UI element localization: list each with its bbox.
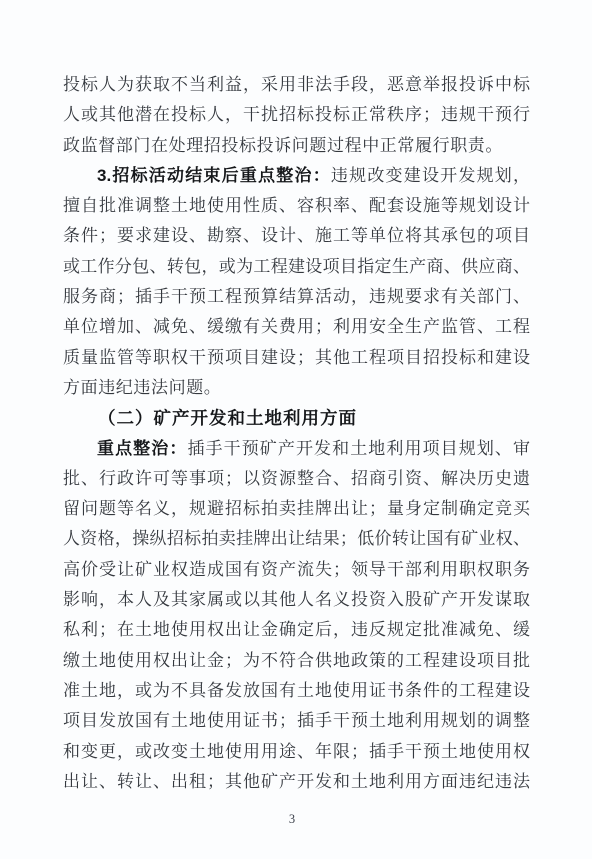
line-text: 条件；要求建设、勘察、设计、施工等单位将其承包的项目 [63, 226, 530, 245]
text-line: 高价受让矿业权造成国有资产流失；领导干部利用职权职务 [63, 555, 530, 585]
text-line: 政监督部门在处理招投标投诉问题过程中正常履行职责。 [63, 131, 530, 161]
line-text: 政监督部门在处理招投标投诉问题过程中正常履行职责。 [63, 136, 503, 155]
text-line: 和变更，或改变土地使用用途、年限；插手干预土地使用权 [63, 737, 530, 767]
text-line: 方面违纪违法问题。 [63, 373, 530, 403]
text-line: 服务商；插手干预工程预算结算活动，违规要求有关部门、 [63, 282, 530, 312]
line-text: 单位增加、减免、缓缴有关费用；利用安全生产监管、工程 [63, 317, 530, 336]
line-text: 批、行政许可等事项；以资源整合、招商引资、解决历史遗 [63, 469, 530, 488]
text-line: 擅自批准调整土地使用性质、容积率、配套设施等规划设计 [63, 191, 530, 221]
line-text: 缴土地使用权出让金；为不符合供地政策的工程建设项目批 [63, 651, 530, 670]
text-line: 留问题等名义，规避招标拍卖挂牌出让；量身定制确定竞买 [63, 494, 530, 524]
page-number: 3 [0, 812, 584, 827]
section-heading-text: （二）矿产开发和土地利用方面 [98, 408, 357, 428]
text-line: 人或其他潜在投标人，干扰招标投标正常秩序；违规干预行 [63, 100, 530, 130]
text-line: 条件；要求建设、勘察、设计、施工等单位将其承包的项目 [63, 221, 530, 251]
text-line: 项目发放国有土地使用证书；插手干预土地利用规划的调整 [63, 706, 530, 736]
line-text: 人资格，操纵招标拍卖挂牌出让结果；低价转让国有矿业权、 [63, 529, 530, 548]
text-line: 私利；在土地使用权出让金确定后，违反规定批准减免、缓 [63, 615, 530, 645]
line-text: 插手干预矿产开发和土地利用项目规划、审 [187, 439, 530, 458]
text-line: 质量监管等职权干预项目建设；其他工程项目招投标和建设 [63, 343, 530, 373]
text-line: 影响，本人及其家属或以其他人名义投资入股矿产开发谋取 [63, 585, 530, 615]
line-text: 人或其他潜在投标人，干扰招标投标正常秩序；违规干预行 [63, 105, 530, 124]
text-line: 人资格，操纵招标拍卖挂牌出让结果；低价转让国有矿业权、 [63, 524, 530, 554]
line-text: 准土地，或为不具备发放国有土地使用证书条件的工程建设 [63, 681, 530, 700]
page-body-text: 投标人为获取不当利益，采用非法手段，恶意举报投诉中标 人或其他潜在投标人，干扰招… [63, 70, 530, 797]
line-bold-lead: 重点整治： [97, 439, 187, 458]
line-text: 违规改变建设开发规划， [331, 166, 530, 185]
text-line: 出让、转让、出租；其他矿产开发和土地利用方面违纪违法 [63, 767, 530, 797]
section-heading: （二）矿产开发和土地利用方面 [63, 403, 530, 433]
line-text: 私利；在土地使用权出让金确定后，违反规定批准减免、缓 [63, 620, 530, 639]
text-line: 单位增加、减免、缓缴有关费用；利用安全生产监管、工程 [63, 312, 530, 342]
line-bold-lead: 3.招标活动结束后重点整治： [97, 166, 331, 185]
line-text: 擅自批准调整土地使用性质、容积率、配套设施等规划设计 [63, 196, 530, 215]
line-text: 影响，本人及其家属或以其他人名义投资入股矿产开发谋取 [63, 590, 530, 609]
document-page: 投标人为获取不当利益，采用非法手段，恶意举报投诉中标 人或其他潜在投标人，干扰招… [0, 0, 592, 859]
text-line: 准土地，或为不具备发放国有土地使用证书条件的工程建设 [63, 676, 530, 706]
line-text: 投标人为获取不当利益，采用非法手段，恶意举报投诉中标 [63, 75, 530, 94]
text-line: 批、行政许可等事项；以资源整合、招商引资、解决历史遗 [63, 464, 530, 494]
line-text: 项目发放国有土地使用证书；插手干预土地利用规划的调整 [63, 711, 530, 730]
text-line: 或工作分包、转包，或为工程建设项目指定生产商、供应商、 [63, 252, 530, 282]
line-text: 留问题等名义，规避招标拍卖挂牌出让；量身定制确定竞买 [63, 499, 530, 518]
text-line: 投标人为获取不当利益，采用非法手段，恶意举报投诉中标 [63, 70, 530, 100]
line-text: 或工作分包、转包，或为工程建设项目指定生产商、供应商、 [63, 257, 530, 276]
line-text: 服务商；插手干预工程预算结算活动，违规要求有关部门、 [63, 287, 530, 306]
line-text: 高价受让矿业权造成国有资产流失；领导干部利用职权职务 [63, 560, 530, 579]
text-line: 缴土地使用权出让金；为不符合供地政策的工程建设项目批 [63, 646, 530, 676]
line-text: 质量监管等职权干预项目建设；其他工程项目招投标和建设 [63, 348, 530, 367]
text-line: 3.招标活动结束后重点整治：违规改变建设开发规划， [63, 161, 530, 191]
line-text: 和变更，或改变土地使用用途、年限；插手干预土地使用权 [63, 742, 530, 761]
text-line: 重点整治：插手干预矿产开发和土地利用项目规划、审 [63, 434, 530, 464]
line-text: 出让、转让、出租；其他矿产开发和土地利用方面违纪违法 [63, 772, 530, 791]
line-text: 方面违纪违法问题。 [63, 378, 221, 397]
